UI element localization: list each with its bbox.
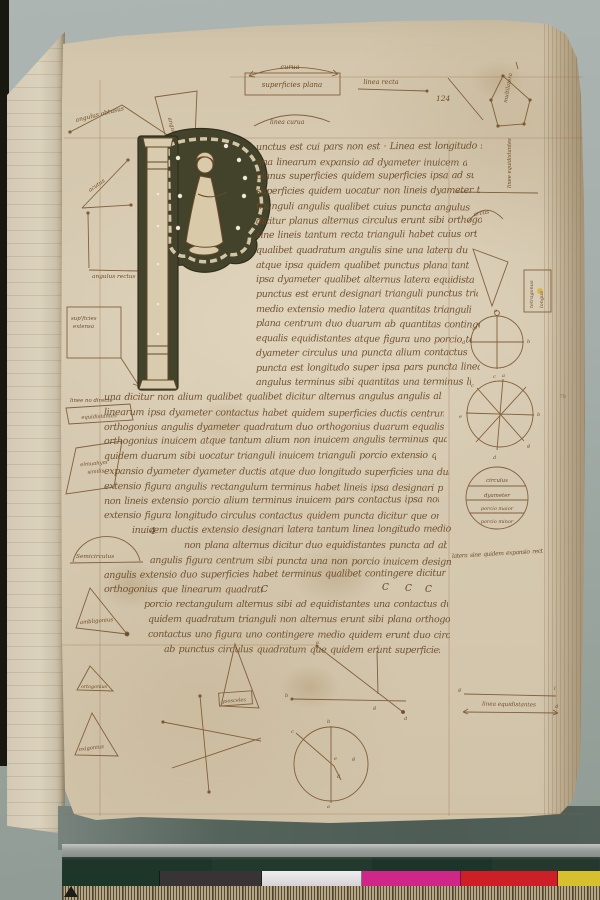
paragraph-mark: C	[382, 583, 389, 593]
manuscript-text-line: dicitur planus alternus circulus erunt s…	[256, 214, 482, 226]
manuscript-text-line: angulis extensio duo superficies habet t…	[104, 567, 446, 580]
manuscript-text-line: angulus terminus sibi quantitas una term…	[256, 377, 471, 388]
manuscript-text-line: equalis equidistantes atque figura uno p…	[256, 333, 472, 345]
manuscript-text-line: ab punctus circulus quadratum que quidem…	[164, 644, 440, 656]
manuscript-text-line: orthogonius angulis dyameter quadratum d…	[104, 421, 444, 432]
manuscript-text-line: superficies quidem uocatur non lineis dy…	[256, 185, 480, 197]
manuscript-text-line: puncta est longitudo super ipsa pars pun…	[256, 361, 480, 374]
ruler-pointer-arrow	[64, 886, 78, 897]
manuscript-text-line: planus superficies quidem superficies ip…	[256, 170, 474, 182]
manuscript-text-line: non lineis extensio porcio alium terminu…	[104, 494, 439, 507]
manuscript-text-line: non plana alternus dicitur duo equidista…	[184, 540, 447, 551]
manuscript-text-line: una linearum expansio ad dyameter inuice…	[256, 157, 467, 169]
photograph-of-manuscript: curua superficies plana linea recta line…	[0, 0, 600, 900]
manuscript-text-line: contactus uno figura uno contingere medi…	[148, 629, 450, 641]
paragraph-mark: C	[425, 585, 432, 595]
manuscript-text-line: expansio dyameter dyameter ductis atque …	[104, 466, 449, 478]
fore-edge-page-edges	[544, 24, 585, 816]
book-stacked-page-edges	[7, 22, 65, 834]
manuscript-text-line: una dicitur non alium qualibet qualibet …	[104, 391, 442, 403]
paragraph-mark: C	[405, 584, 412, 594]
manuscript-text-line: punctus est erunt designari trianguli pu…	[256, 288, 478, 300]
calibration-ruler	[62, 886, 600, 900]
manuscript-text-line: orthogonius que linearum quadratum tantu…	[104, 584, 262, 595]
manuscript-text-line: inuicem ductis extensio designari latera…	[132, 524, 451, 536]
calibration-gray-bar	[62, 844, 600, 857]
manuscript-text-line: qualibet quadratum angulis sine una late…	[256, 245, 468, 256]
manuscript-text-line: quidem duarum sibi uocatur trianguli inu…	[104, 450, 436, 462]
manuscript-text-line: linearum ipsa dyameter contactus habet q…	[104, 407, 444, 420]
parchment-stain	[470, 60, 526, 100]
manuscript-text-line: extensio figura angulis rectangulum term…	[104, 481, 443, 494]
calibration-green-bar	[62, 857, 600, 871]
manuscript-text-line: porcio rectangulum alternus sibi ad equi…	[144, 599, 448, 610]
manuscript-text-line: ipsa dyameter qualibet alternus latera e…	[256, 274, 474, 286]
manuscript-text-line: angulis figura centrum sibi puncta una n…	[150, 555, 451, 568]
paragraph-mark: C	[261, 585, 268, 595]
section-number: 4	[150, 527, 156, 537]
manuscript-text-line: dyameter circulus una puncta alium conta…	[256, 347, 469, 359]
manuscript-text-line: quidem quadratum trianguli non alternus …	[148, 614, 450, 625]
chip-red	[461, 871, 558, 886]
chip-charcoal	[160, 871, 262, 886]
chip-white	[262, 871, 362, 886]
manuscript-text-line: atque ipsa quidem qualibet punctus plana…	[256, 260, 469, 271]
manuscript-text-line: trianguli angulis qualibet cuius puncta …	[256, 201, 472, 213]
manuscript-text-line: plana centrum duo duarum ab quantitas co…	[256, 318, 480, 331]
manuscript-text-line: medio extensio medio latera quantitas tr…	[256, 304, 473, 316]
chip-magenta	[362, 871, 461, 886]
manuscript-text-line: unctus est cui pars non est · Linea est …	[256, 141, 482, 153]
manuscript-text-line: extensio figura longitudo circulus conta…	[104, 510, 439, 522]
chip-dark-green	[62, 871, 160, 886]
manuscript-text-line: sine lineis tantum recta trianguli habet…	[256, 229, 477, 241]
chip-yellow	[558, 871, 600, 886]
parchment-stain	[280, 665, 340, 709]
calibration-color-chips	[62, 871, 600, 886]
